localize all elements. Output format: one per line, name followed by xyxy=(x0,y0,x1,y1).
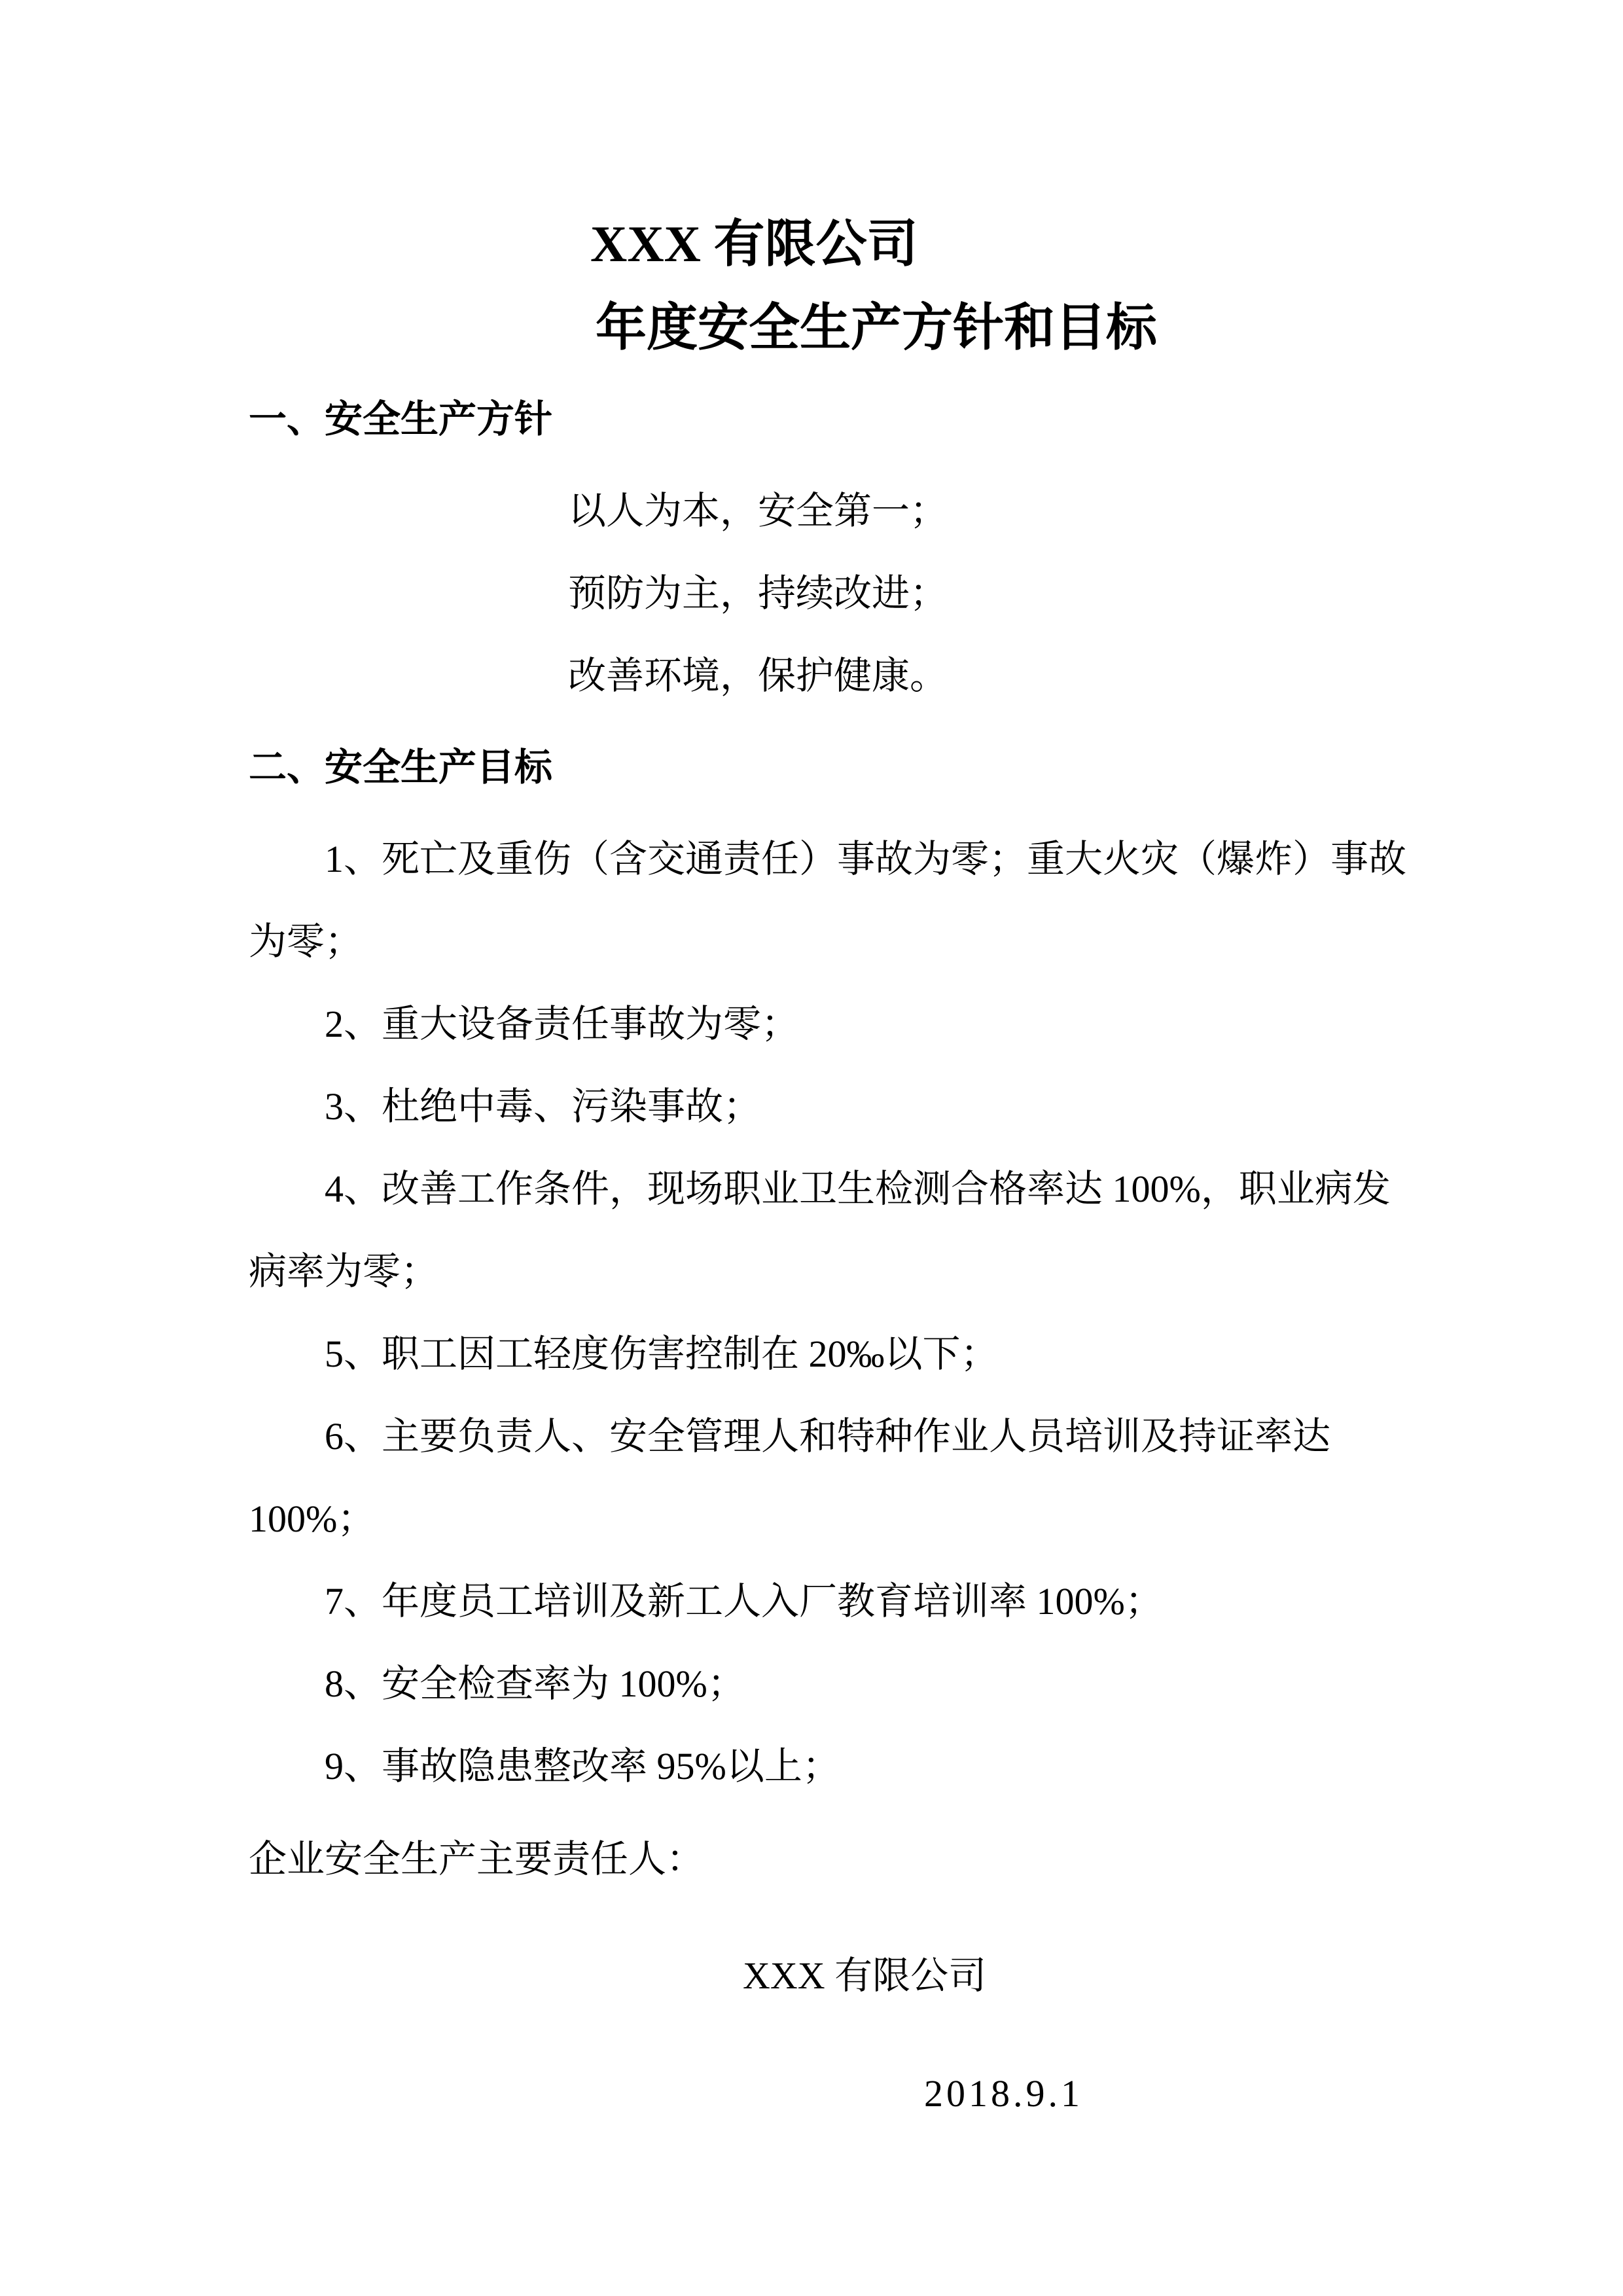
goal-item-line: 为零； xyxy=(249,901,363,983)
policy-line: 以人为本，安全第一； xyxy=(568,470,948,552)
section2-heading: 二、安全生产目标 xyxy=(249,726,552,809)
goal-item-line: 6、主要负责人、安全管理人和特种作业人员培训及持证率达 xyxy=(325,1395,1330,1478)
document-title-line2: 年度安全生产方针和目标 xyxy=(596,285,1157,370)
goal-item-line: 4、改善工作条件，现场职业卫生检测合格率达 100%，职业病发 xyxy=(325,1148,1391,1230)
document-page: XXX 有限公司 年度安全生产方针和目标 一、安全生产方针 以人为本，安全第一；… xyxy=(0,0,1623,2296)
goal-item-line: 2、重大设备责任事故为零； xyxy=(325,983,799,1066)
document-title-line1: XXX 有限公司 xyxy=(590,202,918,287)
goal-item-line: 病率为零； xyxy=(249,1230,438,1313)
goal-item-line: 5、职工因工轻度伤害控制在 20‰以下； xyxy=(325,1313,999,1395)
goal-item-line: 9、事故隐患整改率 95%以上； xyxy=(325,1725,840,1808)
goal-item-line: 1、死亡及重伤（含交通责任）事故为零；重大火灾（爆炸）事故 xyxy=(325,818,1406,901)
goal-item-line: 100%； xyxy=(249,1478,375,1560)
goal-item-line: 8、安全检查率为 100%； xyxy=(325,1643,745,1725)
section1-heading: 一、安全生产方针 xyxy=(249,378,552,461)
goal-item-line: 3、杜绝中毒、污染事故； xyxy=(325,1066,761,1148)
responsible-line: 企业安全生产主要责任人： xyxy=(249,1818,704,1901)
goal-item-line: 7、年度员工培训及新工人入厂教育培训率 100%； xyxy=(325,1560,1163,1643)
policy-line: 改善环境，保护健康。 xyxy=(568,635,948,717)
signature-company: XXX 有限公司 xyxy=(743,1935,986,2017)
signature-date: 2018.9.1 xyxy=(924,2053,1083,2135)
policy-line: 预防为主，持续改进； xyxy=(568,552,948,635)
